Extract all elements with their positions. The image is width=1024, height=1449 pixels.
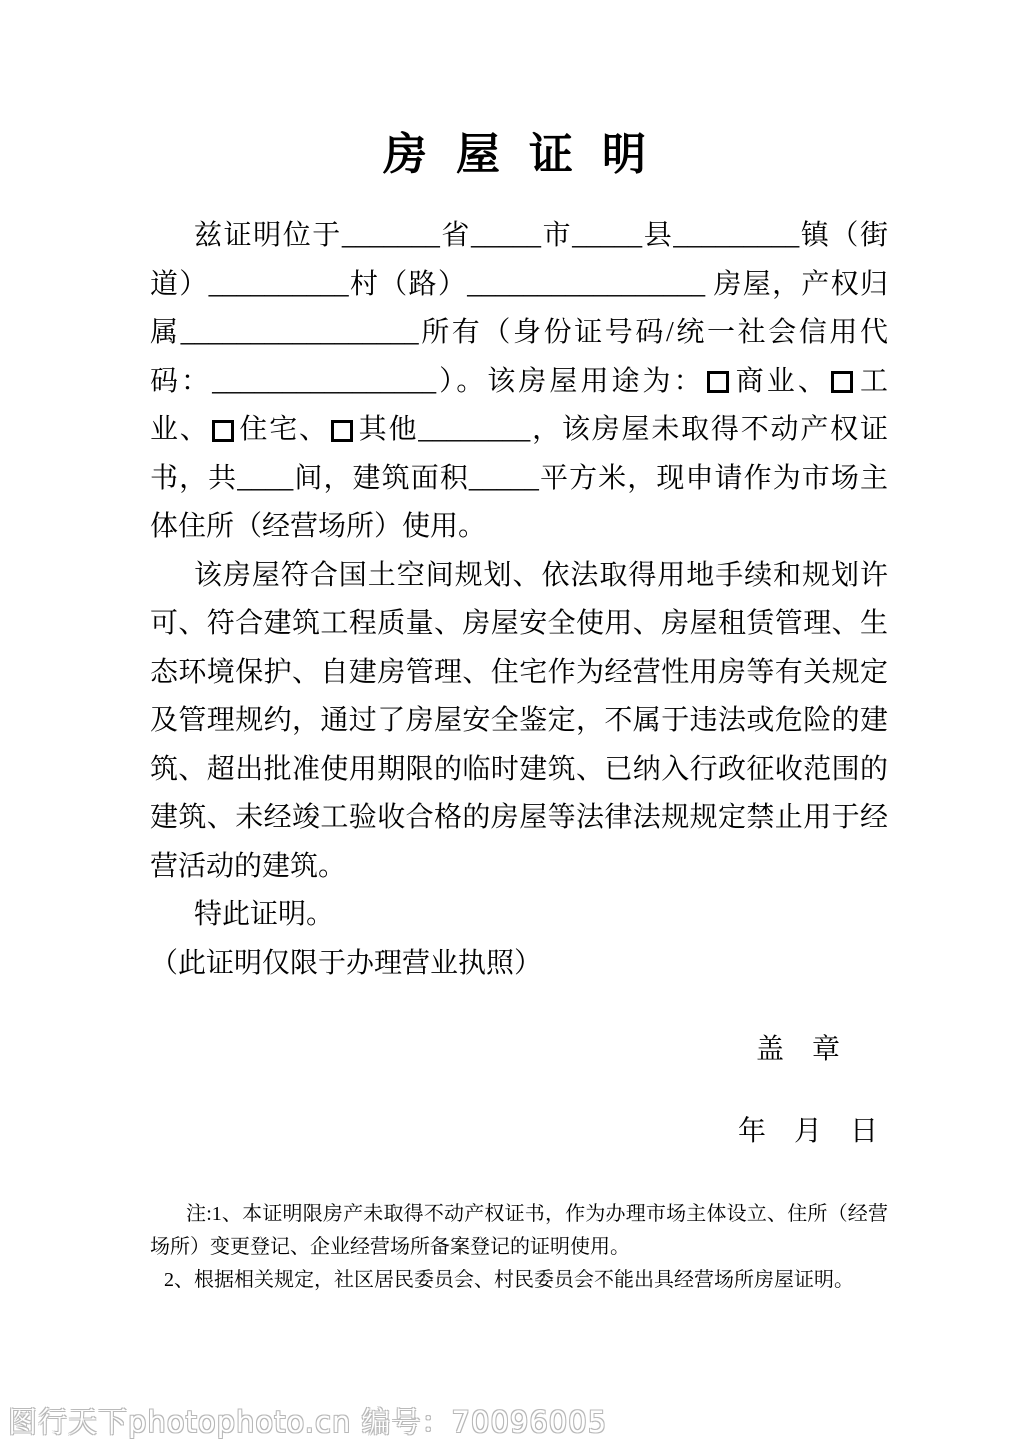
body-line: 兹证明位于_______省_____市_____县_________镇（街 <box>150 212 888 261</box>
body-line: 属_________________所有（身份证号码/统一社会信用代 <box>150 309 888 358</box>
checkbox-icon <box>831 371 853 393</box>
notes-section: 注:1、本证明限房产未取得不动产权证书，作为办理市场主体设立、住所（经营场所）变… <box>150 1198 888 1297</box>
body-line: 书，共____间，建筑面积_____平方米，现申请作为市场主 <box>150 455 888 504</box>
date-line: 年 月 日 <box>150 1108 888 1156</box>
document-content: 房 屋 证 明 兹证明位于_______省_____市_____县_______… <box>150 0 888 1297</box>
body-line: 态环境保护、自建房管理、住宅作为经营性用房等有关规定 <box>150 649 888 698</box>
body-line: 该房屋符合国土空间规划、依法取得用地手续和规划许 <box>150 552 888 601</box>
scanned-document-page: 房 屋 证 明 兹证明位于_______省_____市_____县_______… <box>0 0 1024 1449</box>
body-line: （此证明仅限于办理营业执照） <box>150 940 888 989</box>
body-line: 体住所（经营场所）使用。 <box>150 503 888 552</box>
checkbox-icon <box>707 371 729 393</box>
body-line: 筑、超出批准使用期限的临时建筑、已纳入行政征收范围的 <box>150 746 888 795</box>
body-line: 建筑、未经竣工验收合格的房屋等法律法规规定禁止用于经 <box>150 794 888 843</box>
body-line: 及管理规约，通过了房屋安全鉴定，不属于违法或危险的建 <box>150 697 888 746</box>
body-line: 特此证明。 <box>150 891 888 940</box>
checkbox-icon <box>331 420 353 442</box>
body-line: 道）__________村（路）_________________ 房屋，产权归 <box>150 261 888 310</box>
stamp-label: 盖 章 <box>150 1026 888 1074</box>
body-line: 营活动的建筑。 <box>150 843 888 892</box>
note-1: 注:1、本证明限房产未取得不动产权证书，作为办理市场主体设立、住所（经营场所）变… <box>150 1198 888 1264</box>
body-line: 业、住宅、其他________，该房屋未取得不动产权证 <box>150 406 888 455</box>
note-2: 2、根据相关规定，社区居民委员会、村民委员会不能出具经营场所房屋证明。 <box>150 1264 888 1297</box>
body-line: 可、符合建筑工程质量、房屋安全使用、房屋租赁管理、生 <box>150 600 888 649</box>
document-body: 兹证明位于_______省_____市_____县_________镇（街 道）… <box>150 212 888 988</box>
document-title: 房 屋 证 明 <box>150 0 888 186</box>
body-line: 码：________________）。该房屋用途为：商业、工 <box>150 358 888 407</box>
watermark: 图行天下photophoto.cn 编号：70096005 <box>8 1400 607 1441</box>
checkbox-icon <box>212 420 234 442</box>
